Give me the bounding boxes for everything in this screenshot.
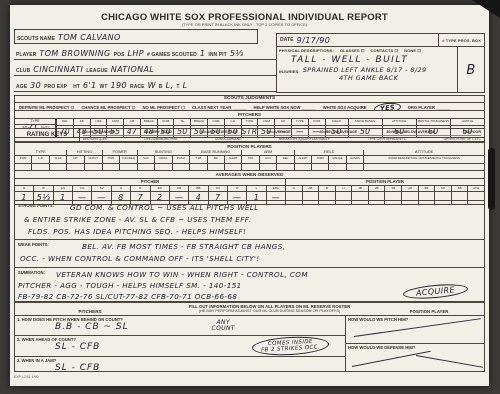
summation-section: SUMMATION: VETERAN KNOWS HOW TO WIN - WH… <box>14 268 485 302</box>
summation-line: VETERAN KNOWS HOW TO WIN - WHEN RIGHT - … <box>56 269 481 280</box>
scouts-name-row: SCOUTS NAME TOM CALVANO <box>14 29 258 44</box>
position-sub-label: X-B FREQ <box>120 156 137 164</box>
innings-label: INN PIT <box>208 52 226 58</box>
rating-column-header: BREAK <box>141 119 157 126</box>
rating-keys-section: RATING KEYS 80=OUTSTANDING70=VERY GOOD60… <box>14 128 485 142</box>
question-2: 2. WHEN AHEAD OF COUNT? SL - CFB COMES I… <box>15 336 345 357</box>
rating-column-header: SL <box>174 119 190 126</box>
averages-section-label: AVERAGES WHEN OBSERVED <box>14 170 485 178</box>
contacts-checkbox: CONTACTS ☐ <box>371 48 399 53</box>
bats-label: B <box>159 84 163 90</box>
position-sub-label: PUSH <box>173 156 189 164</box>
strong-points-line: & ENTIRE STRIKE ZONE - AV. SL & CFB ~ US… <box>24 214 481 226</box>
rating-key-item: 60=ABOVE AVERAGE <box>201 130 238 135</box>
bats-value: L, <box>166 82 174 90</box>
rating-column-header: FB <box>74 119 90 126</box>
fillout-pitchers-header: PITCHERS <box>15 303 165 315</box>
player-label: PLAYER <box>16 52 36 58</box>
form-code: EXP 12/91 1/90 <box>14 375 38 379</box>
scan-artifact <box>488 148 495 210</box>
question-1-answer-note: ANY COUNT <box>212 320 235 332</box>
height-label: HT <box>73 84 80 90</box>
games-scouted-value: 1 <box>200 50 206 58</box>
question-1: 1. HOW DOES HE PITCH WHEN BEHIND ON COUN… <box>15 316 345 336</box>
race-label: RACE <box>130 84 145 90</box>
height-value: 6'1 <box>83 82 97 90</box>
weight-value: 190 <box>111 82 127 90</box>
pros-box-label: # TYPE PROS. BOX <box>438 34 484 46</box>
position-sub-label: SLAP <box>50 156 66 164</box>
none-checkbox: NONE ☐ <box>404 48 421 53</box>
how-pitch-him-box: HOW WOULD WE PITCH HIM? <box>346 316 484 344</box>
rating-keys-label: RATING KEYS <box>15 129 80 141</box>
scouting-report-page: CHICAGO WHITE SOX PROFESSIONAL INDIVIDUA… <box>10 5 489 386</box>
position-sub-label: ACC <box>260 156 276 164</box>
judgments-title: SCOUTS JUDGMENTS <box>15 96 484 103</box>
position-sub-label: T-1B <box>190 156 206 164</box>
player-value: TOM BROWNING <box>39 50 110 58</box>
rating-key-item: 70=VERY GOOD <box>144 130 172 135</box>
pos-value: LHP <box>128 50 145 58</box>
position-sub-label: DRAG <box>155 156 171 164</box>
page-subtitle: (TYPE OR PRINT IN BLACK INK ONLY - TOP 2… <box>10 22 479 27</box>
position-players-section-label: POSITION PLAYERS <box>14 142 485 150</box>
pen-stroke <box>352 351 431 368</box>
rating-key-item: 80=OUTSTANDING <box>83 130 115 135</box>
position-sub-label: ALERT <box>225 156 241 164</box>
position-sub-label: L-D <box>32 156 48 164</box>
position-averages-label: POSITION PLAYER <box>286 179 484 186</box>
scan-artifact <box>472 0 500 18</box>
pro-exp-label: PRO EXP <box>44 84 67 90</box>
strong-points-line: FLDS. POS. HAS IDEA PITCHING SEQ. - HELP… <box>28 226 481 238</box>
rating-column-header: HUSTLE <box>451 119 484 126</box>
rating-column-header: MENTAL TOUGHNESS <box>417 119 450 126</box>
rating-column-header: COM <box>309 119 325 126</box>
position-sub-label: REL <box>277 156 293 164</box>
physical-description-value: TALL - WELL - BUILT <box>291 55 455 65</box>
club-label: CLUB <box>16 68 30 74</box>
player-row: PLAYER TOM BROWNING POS LHP # GAMES SCOU… <box>14 44 276 60</box>
scanned-report-screenshot: { "header": { "scouts_name_label": "SCOU… <box>0 0 500 394</box>
innings-value: 5⅓ <box>230 50 244 58</box>
fillout-instruction-line2: (HE MAY PERFORM AGAINST OUR ML CLUB DURI… <box>165 309 374 313</box>
pitcher-averages-label: PITCHER <box>15 179 285 186</box>
injuries-value: SPRAINED LEFT ANKLE 8/17 - 8/29 <box>303 66 427 74</box>
date-label: DATE <box>280 37 294 43</box>
strong-points-label: STRONG POINTS: <box>18 203 54 208</box>
position-sub-label: STR <box>242 156 258 164</box>
strong-points-section: STRONG POINTS: GD COM. & CONTROL ~ USES … <box>14 200 485 240</box>
club-value: CINCINNATI <box>33 66 83 74</box>
position-sub-label: HIT <box>67 156 84 164</box>
position-sub-label: WORD DESCRIPTION, HUSTLE/MENTAL TOUGHNES… <box>364 156 484 164</box>
weight-label: WT <box>100 84 108 90</box>
pen-stroke <box>416 355 483 368</box>
position-sub-label: JUMP <box>312 156 328 164</box>
position-sub-label: SAC <box>138 156 154 164</box>
rating-column-header: OP <box>275 119 291 126</box>
weak-points-line: BEL. AV. FB MOST TIMES - FB STRAIGHT CB … <box>82 241 481 253</box>
how-defense-him-label: HOW WOULD WE DEFENSE HIM? <box>348 345 482 350</box>
position-sub-label: BR <box>208 156 224 164</box>
age-row: AGE 30 PRO EXP HT 6'1 WT 190 RACE W B L,… <box>14 76 276 92</box>
position-sub-label: HANDS <box>347 156 363 164</box>
scouts-name-label: SCOUTS NAME <box>17 36 55 42</box>
pos-label: POS <box>114 52 125 58</box>
glasses-checkbox: GLASSES ☐ <box>340 48 365 53</box>
question-3-answer: SL - CFB <box>55 363 343 373</box>
league-value: NATIONAL <box>111 66 155 74</box>
rating-column-header: ATTITUDE <box>383 119 416 126</box>
rating-column-header: COM <box>107 119 123 126</box>
rating-column-header: CH <box>225 119 241 126</box>
position-sub-label: PWR <box>15 156 31 164</box>
weak-points-line: OCC. - WHEN CONTROL & COMMAND OFF - ITS … <box>20 253 481 265</box>
how-defense-him-box: HOW WOULD WE DEFENSE HIM? <box>346 344 484 372</box>
race-value: W <box>148 82 156 90</box>
rating-column-header: COM <box>208 119 224 126</box>
scouts-name-value: TOM CALVANO <box>58 34 121 42</box>
throws-label: T <box>176 84 179 90</box>
rating-key-item: 40=BELOW AVERAGE <box>320 130 358 135</box>
league-label: LEAGUE <box>86 68 107 74</box>
player-info-block: SCOUTS NAME TOM CALVANO PLAYER TOM BROWN… <box>14 29 276 93</box>
rating-column-header: COM <box>258 119 274 126</box>
strong-points-line: GD COM. & CONTROL ~ USES ALL PITCHS WELL <box>70 202 481 214</box>
age-value: 30 <box>30 82 41 90</box>
pros-box-value: B <box>457 47 484 93</box>
injuries-value-line2: 4TH GAME BACK <box>339 74 455 82</box>
rating-column-header: CB <box>124 119 140 126</box>
bottom-qa-section: 1. HOW DOES HE PITCH WHEN BEHIND ON COUN… <box>14 316 485 372</box>
rating-column-header: LIFE <box>91 119 107 126</box>
club-row: CLUB CINCINNATI LEAGUE NATIONAL <box>14 60 276 76</box>
position-sub-label: ALERT <box>295 156 311 164</box>
rating-column-header: TYPE <box>242 119 258 126</box>
weak-points-label: WEAK POINTS: <box>18 242 49 247</box>
games-scouted-label: # GAMES SCOUTED <box>147 52 197 58</box>
age-label: AGE <box>16 84 27 90</box>
rating-column-header: BREAK <box>191 119 207 126</box>
rating-column-header: MOVE BASES <box>349 119 382 126</box>
summation-label: SUMMATION: <box>18 270 45 275</box>
position-sub-label: CNTCT <box>85 156 102 164</box>
injuries-label: INJURIES: <box>279 69 300 74</box>
fill-out-band: PITCHERS FILL OUT INFORMATION BELOW ON A… <box>14 302 485 316</box>
rating-column-header: FIELD <box>326 119 348 126</box>
date-row: DATE 9/17/90 # TYPE PROS. BOX <box>277 34 484 47</box>
fillout-position-header: POSITION PLAYER <box>374 303 484 315</box>
question-1-answer: B.B - CB ~ SL <box>55 322 343 332</box>
position-sub-label: RANGE <box>329 156 345 164</box>
question-3: 3. WHEN IN A JAM? SL - CFB <box>15 357 345 372</box>
pitchers-section-label: PITCHERS <box>14 110 485 118</box>
rating-column-header: COM <box>158 119 174 126</box>
physical-label: PHYSICAL DESCRIPTIONS: <box>279 48 334 53</box>
physical-description-block: DATE 9/17/90 # TYPE PROS. BOX PHYSICAL D… <box>276 33 485 93</box>
weak-points-section: WEAK POINTS: BEL. AV. FB MOST TIMES - FB… <box>14 240 485 268</box>
rating-column-header: TYPE <box>292 119 308 126</box>
throws-value: L <box>183 82 188 90</box>
rating-key-item: 20=POOR <box>464 130 481 135</box>
position-sub-label: PWR <box>103 156 120 164</box>
rating-key-item: 50=AVERAGE <box>267 130 291 135</box>
date-value: 9/17/90 <box>297 36 331 45</box>
rating-column-header: DEL <box>57 119 73 126</box>
rating-key-item: 30=WELL BELOW AVERAGE <box>386 130 435 135</box>
